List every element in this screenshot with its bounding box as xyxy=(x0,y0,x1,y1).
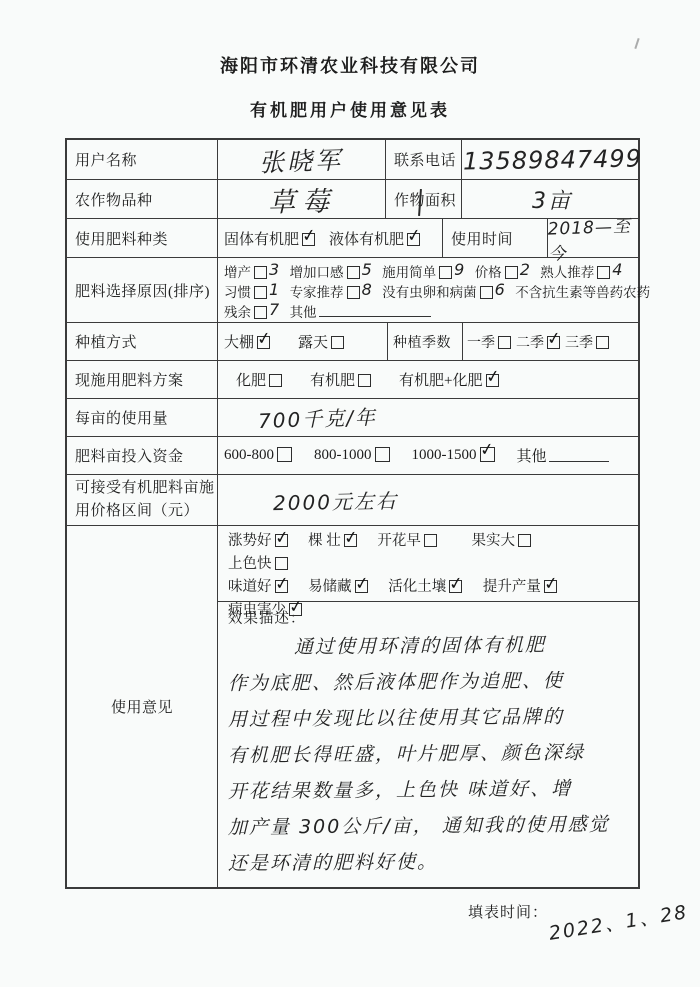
area-value: 3亩 xyxy=(532,184,572,215)
checkbox: ✓ xyxy=(449,580,462,593)
rank-number: 7 xyxy=(269,300,279,319)
checkbox-option-600-800: 600-800✓ xyxy=(224,447,292,464)
fill-date-row: 填表时间：2022、1、28 xyxy=(468,896,689,923)
user-name-value: 张晓军 xyxy=(259,140,344,179)
usage-label: 每亩的使用量 xyxy=(75,407,168,428)
checkbox: ✓ xyxy=(480,447,495,462)
checkbox-option-greenhouse: 大棚✓ xyxy=(224,331,270,352)
checkbox: ✓ xyxy=(344,534,357,547)
checkbox-option-good-growth: 涨势好✓ xyxy=(228,533,288,549)
checkbox: ✓ xyxy=(275,580,288,593)
reason-option-referral: 熟人推荐✓4 xyxy=(540,265,629,280)
checkbox: ✓ xyxy=(375,447,390,462)
checkbox: ✓ xyxy=(277,447,292,462)
reasons-label: 肥料选择原因(排序) xyxy=(75,280,210,301)
row-planting: 种植方式 大棚✓ 露天✓ 种植季数 一季✓ 二季✓ 三季✓ xyxy=(67,322,638,360)
area-label: 作物面积 xyxy=(394,189,456,210)
checkbox: ✓ xyxy=(302,233,315,246)
checkbox-option-openfield: 露天✓ xyxy=(298,331,344,352)
checkbox: ✓ xyxy=(597,266,610,279)
checkbox: ✓ xyxy=(331,336,344,349)
rank-number: 3 xyxy=(269,260,279,279)
reason-option-no-antibiotics-part2: 残余✓7 xyxy=(224,305,286,320)
rank-number: 6 xyxy=(495,280,505,299)
checkbox: ✓ xyxy=(486,374,499,387)
checkbox-option-1000-1500: 1000-1500✓ xyxy=(412,447,495,464)
checkbox: ✓ xyxy=(547,336,560,349)
check-mark-icon: ✓ xyxy=(484,366,501,388)
row-opinion: 使用意见 涨势好✓ 棵 壮✓ 开花早✓ 果实大✓ 上色快✓ 味道好✓ 易储藏✓ … xyxy=(67,525,638,887)
check-mark-icon: ✓ xyxy=(287,595,304,620)
effect-description-label: 效果描述： xyxy=(228,607,628,628)
checkbox-option-three-seasons: 三季✓ xyxy=(565,332,609,352)
check-mark-icon: ✓ xyxy=(301,225,318,247)
checkbox: ✓ xyxy=(269,374,282,387)
checkbox: ✓ xyxy=(355,580,368,593)
check-mark-icon: ✓ xyxy=(342,526,359,551)
fill-date-value: 2022、1、28 xyxy=(547,897,690,946)
price-label: 可接受有机肥料亩施用价格区间（元） xyxy=(75,477,217,524)
reason-option-habit: 习惯✓1 xyxy=(224,285,286,300)
reason-option-price: 价格✓2 xyxy=(475,265,537,280)
check-mark-icon: ✓ xyxy=(273,526,290,551)
benefits-checkboxes: 涨势好✓ 棵 壮✓ 开花早✓ 果实大✓ 上色快✓ 味道好✓ 易储藏✓ 活化土壤✓… xyxy=(218,526,638,601)
checkbox: ✓ xyxy=(358,374,371,387)
usage-time-label: 使用时间 xyxy=(451,228,513,249)
usage-time-value: 2018—至今 xyxy=(547,211,643,264)
checkbox: ✓ xyxy=(544,580,557,593)
checkbox-option-early-bloom: 开花早✓ xyxy=(377,533,437,549)
checkbox-option-organic-plus-chemical: 有机肥+化肥✓ xyxy=(399,369,498,390)
crop-label: 农作物品种 xyxy=(75,189,153,210)
check-mark-icon: ✓ xyxy=(256,328,273,350)
check-mark-icon: ✓ xyxy=(448,572,465,597)
rank-number: 5 xyxy=(362,260,372,279)
checkbox-option-strong-plant: 棵 壮✓ xyxy=(308,533,357,549)
checkbox: ✓ xyxy=(289,603,302,616)
check-mark-icon: ✓ xyxy=(546,328,563,350)
checkbox-option-good-flavor: 味道好✓ xyxy=(228,579,288,595)
reason-option-expert: 专家推荐✓8 xyxy=(290,285,379,300)
checkbox-option-soil-activation: 活化土壤✓ xyxy=(388,579,462,595)
reason-other-label: 其他 xyxy=(290,305,317,320)
checkbox-option-big-fruit: 果实大✓ xyxy=(472,533,532,549)
checkbox-option-liquid-organic: 液体有机肥✓ xyxy=(329,228,420,249)
phone-label: 联系电话 xyxy=(394,149,456,170)
checkbox: ✓ xyxy=(596,336,609,349)
row-fertilizer-type: 使用肥料种类 固体有机肥✓ 液体有机肥✓ 使用时间 2018—至今 xyxy=(67,218,638,257)
rank-number: 1 xyxy=(269,280,279,299)
effect-description-text: 通过使用环清的固体有机肥 作为底肥、然后液体肥作为追肥、使 用过程中发现比以往使… xyxy=(228,628,628,880)
checkbox: ✓ xyxy=(257,336,270,349)
user-name-label: 用户名称 xyxy=(75,149,137,170)
scheme-label: 现施用肥料方案 xyxy=(75,369,184,390)
checkbox: ✓ xyxy=(254,266,267,279)
checkbox-option-one-season: 一季✓ xyxy=(467,332,511,352)
row-acceptable-price: 可接受有机肥料亩施用价格区间（元） 2000元左右 xyxy=(67,474,638,525)
checkbox-option-organic: 有机肥✓ xyxy=(310,369,371,390)
checkbox: ✓ xyxy=(254,286,267,299)
blank-line xyxy=(319,304,431,317)
reason-option-taste: 增加口感✓5 xyxy=(290,265,379,280)
check-mark-icon: ✓ xyxy=(353,572,370,597)
phone-value: 13589847499 xyxy=(462,144,641,175)
checkbox: ✓ xyxy=(347,266,360,279)
usage-value: 700千克/年 xyxy=(258,401,378,434)
checkbox: ✓ xyxy=(439,266,452,279)
check-mark-icon: ✓ xyxy=(273,572,290,597)
checkbox-option-two-seasons: 二季✓ xyxy=(516,332,560,352)
checkbox-option-800-1000: 800-1000✓ xyxy=(314,447,390,464)
seasons-label: 种植季数 xyxy=(393,332,451,352)
checkbox: ✓ xyxy=(275,534,288,547)
checkbox: ✓ xyxy=(518,534,531,547)
blank-line xyxy=(549,449,609,462)
fill-date-label: 填表时间： xyxy=(468,905,548,921)
company-title: 海阳市环清农业科技有限公司 xyxy=(0,52,700,78)
checkbox-option-easy-storage: 易储藏✓ xyxy=(308,579,368,595)
investment-other-label: 其他 xyxy=(517,445,547,466)
investment-label: 肥料亩投入资金 xyxy=(75,445,184,466)
checkbox: ✓ xyxy=(480,286,493,299)
rank-number: 2 xyxy=(520,260,530,279)
checkbox: ✓ xyxy=(498,336,511,349)
fertilizer-type-label: 使用肥料种类 xyxy=(75,228,168,249)
form-table: 用户名称 张晓军 联系电话 13589847499 农作物品种 草莓 作物面积 … xyxy=(65,138,640,889)
reason-option-easy: 施用简单✓9 xyxy=(382,265,471,280)
crop-value: 草莓 xyxy=(267,179,336,219)
row-investment: 肥料亩投入资金 600-800✓ 800-1000✓ 1000-1500✓ 其他 xyxy=(67,436,638,474)
stray-pen-mark xyxy=(634,38,639,49)
rank-number: 9 xyxy=(454,260,464,279)
row-user-name: 用户名称 张晓军 联系电话 13589847499 xyxy=(67,140,638,179)
rank-number: 4 xyxy=(612,260,622,279)
checkbox: ✓ xyxy=(254,306,267,319)
checkbox: ✓ xyxy=(347,286,360,299)
planting-label: 种植方式 xyxy=(75,331,137,352)
reason-option-no-pathogens: 没有虫卵和病菌✓6 xyxy=(382,285,512,300)
check-mark-icon: ✓ xyxy=(478,439,495,461)
check-mark-icon: ✓ xyxy=(542,572,559,597)
row-crop: 农作物品种 草莓 作物面积 3亩 xyxy=(67,179,638,218)
effect-description: 效果描述： 通过使用环清的固体有机肥 作为底肥、然后液体肥作为追肥、使 用过程中… xyxy=(218,601,638,887)
checkbox-option-solid-organic: 固体有机肥✓ xyxy=(224,228,315,249)
checkbox: ✓ xyxy=(505,266,518,279)
scanned-form-page: 海阳市环清农业科技有限公司 有机肥用户使用意见表 用户名称 张晓军 联系电话 1… xyxy=(0,0,700,987)
price-value: 2000元左右 xyxy=(273,484,398,515)
rank-number: 8 xyxy=(362,280,372,299)
row-selection-reasons: 肥料选择原因(排序) 增产✓3 增加口感✓5 施用简单✓9 价格✓2 熟人推荐✓… xyxy=(67,257,638,322)
row-current-scheme: 现施用肥料方案 化肥✓ 有机肥✓ 有机肥+化肥✓ xyxy=(67,360,638,398)
checkbox: ✓ xyxy=(407,233,420,246)
checkbox-option-yield-increase: 提升产量✓ xyxy=(483,579,557,595)
reason-option-no-antibiotics-part1: 不含抗生素等兽药农药 xyxy=(515,285,650,300)
checkbox-option-chemical: 化肥✓ xyxy=(236,369,282,390)
checkbox-option-fast-coloring: 上色快✓ xyxy=(228,556,288,572)
checkbox: ✓ xyxy=(275,557,288,570)
row-usage-per-mu: 每亩的使用量 700千克/年 xyxy=(67,398,638,436)
checkbox: ✓ xyxy=(424,534,437,547)
reason-option-yield: 增产✓3 xyxy=(224,265,286,280)
opinion-label: 使用意见 xyxy=(111,696,173,717)
check-mark-icon: ✓ xyxy=(406,225,423,247)
form-title: 有机肥用户使用意见表 xyxy=(0,96,700,121)
